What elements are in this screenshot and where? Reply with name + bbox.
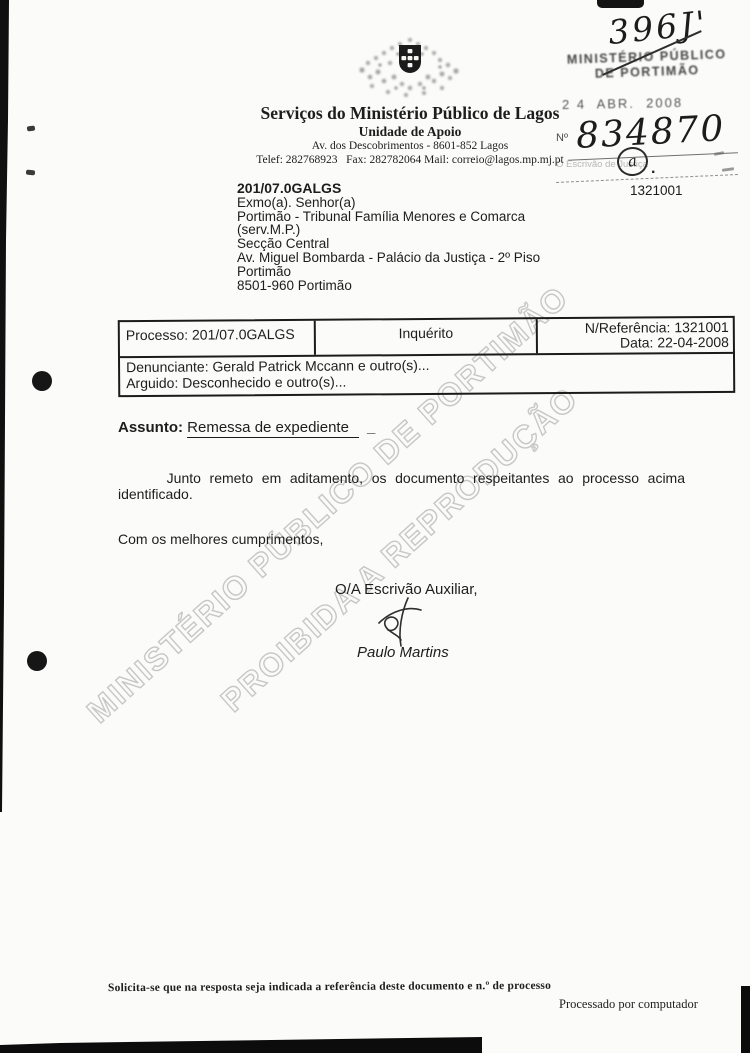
subject-label: Assunto:	[118, 419, 183, 436]
process-table: Processo: 201/07.0GALGS Inquérito N/Refe…	[118, 316, 736, 397]
margin-mark-2	[722, 167, 734, 172]
handwritten-signature	[372, 596, 428, 648]
recipient-line: Portimão - Tribunal Família Menores e Co…	[237, 210, 567, 224]
recipient-line: 8501-960 Portimão	[237, 279, 567, 293]
paragraph-text-1: Junto remeto em aditamento, os documento…	[167, 470, 685, 486]
cell-arguido: Arguido: Desconhecido e outro(s)...	[126, 371, 727, 391]
handwritten-number-top: 396J'	[606, 3, 710, 52]
scan-speck-top	[597, 0, 644, 8]
recipient-line: Av. Miguel Bombarda - Palácio da Justiça…	[237, 251, 567, 265]
paragraph-line-2: identificado.	[118, 486, 685, 502]
stray-underscore: _	[367, 419, 375, 436]
scan-edge-right	[741, 986, 750, 1053]
hole-punch-bottom	[27, 651, 47, 671]
scan-speck-left-2	[26, 170, 35, 176]
scan-speck-left-1	[27, 125, 36, 131]
data-value: Data: 22-04-2008	[541, 335, 729, 351]
portugal-coat-of-arms-icon	[355, 36, 465, 108]
body-paragraph: Junto remeto em aditamento, os documento…	[118, 470, 685, 502]
org-contacts: Telef: 282768923 Fax: 282782064 Mail: co…	[200, 154, 620, 168]
letterhead: Serviços do Ministério Público de Lagos …	[200, 103, 620, 167]
org-unit: Unidade de Apoio	[200, 124, 620, 140]
scan-edge-bottom	[0, 1035, 482, 1053]
recipient-line: Portimão	[237, 265, 567, 279]
recipient-line: Exmo(a). Senhor(a)	[237, 196, 567, 210]
recipient-block: 201/07.0GALGS Exmo(a). Senhor(a) Portimã…	[237, 182, 567, 292]
footer-note: Solicita-se que na resposta seja indicad…	[108, 980, 551, 994]
org-address: Av. dos Descobrimentos - 8601-852 Lagos	[200, 140, 620, 154]
received-stamp: MINISTÉRIO PÚBLICO DE PORTIMÃO	[546, 46, 749, 83]
table-row: Processo: 201/07.0GALGS Inquérito N/Refe…	[120, 318, 733, 358]
scanned-document-page: MINISTÉRIO PÚBLICO DE PORTIMÃO PROIBIDA …	[0, 0, 750, 1053]
process-reference: 201/07.0GALGS	[237, 182, 567, 196]
org-name: Serviços do Ministério Público de Lagos	[200, 103, 620, 124]
cell-tipo: Inquérito	[316, 319, 538, 355]
table-row: Denunciante: Gerald Patrick Mccann e out…	[120, 354, 733, 395]
cell-processo: Processo: 201/07.0GALGS	[120, 321, 316, 356]
signature-dashed-line	[556, 174, 738, 183]
signer-name: Paulo Martins	[357, 644, 449, 661]
closing-line: Com os melhores cumprimentos,	[118, 531, 323, 547]
hole-punch-top	[32, 371, 52, 391]
recipient-line: Secção Central	[237, 237, 567, 251]
subject-line: Assunto: Remessa de expediente_	[118, 419, 375, 436]
rubric-dot: .	[651, 160, 655, 178]
processed-by-computer: Processado por computador	[559, 997, 698, 1012]
subject-value: Remessa de expediente	[187, 419, 359, 438]
scan-edge-left	[0, 0, 10, 812]
recipient-line: (serv.M.P.)	[237, 223, 567, 237]
paragraph-line-1: Junto remeto em aditamento, os documento…	[118, 470, 685, 486]
cell-referencia: N/Referência: 1321001 Data: 22-04-2008	[538, 318, 733, 353]
internal-code: 1321001	[630, 183, 683, 198]
